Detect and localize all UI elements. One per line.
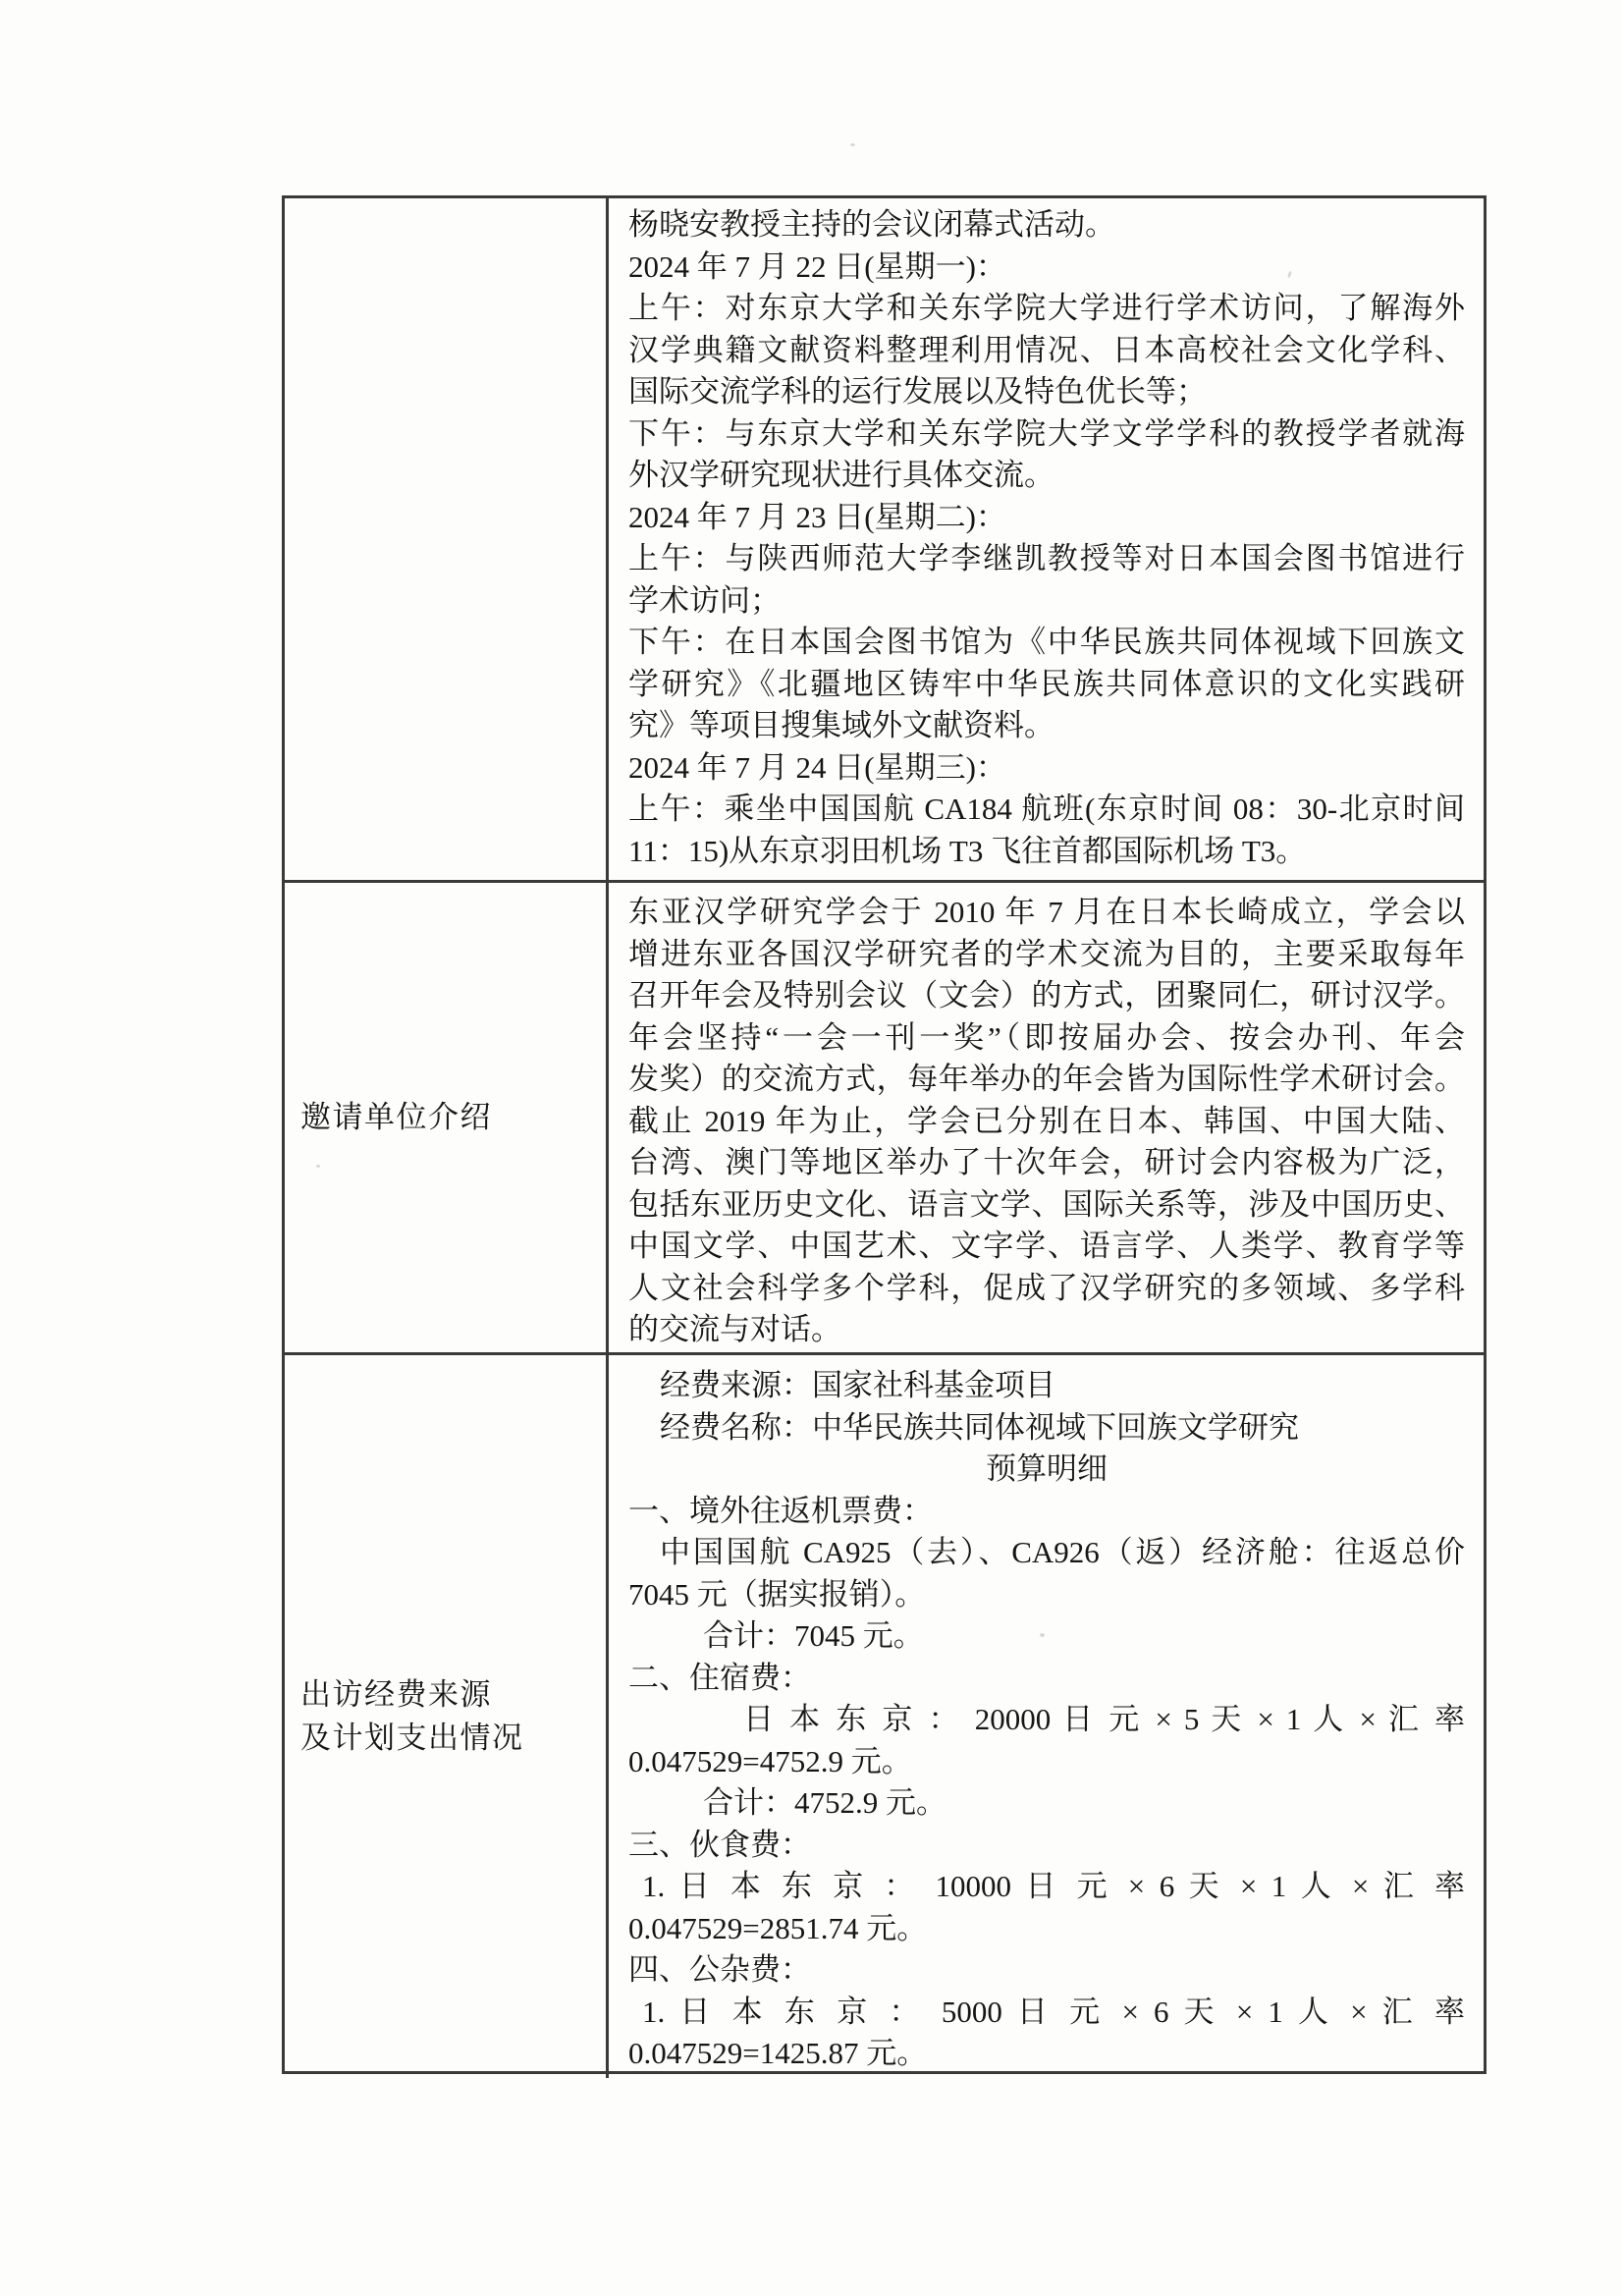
content-line: 中国文学、中国艺术、文字学、语言学、人类学、教育学等 xyxy=(628,1226,1465,1268)
content-line: 台湾、澳门等地区举办了十次年会，研讨会内容极为广泛， xyxy=(628,1142,1465,1184)
content-line: 0.047529=1425.87 元。 xyxy=(628,2033,1465,2075)
table-row: 杨晓安教授主持的会议闭幕式活动。2024 年 7 月 22 日(星期一)：上午：… xyxy=(285,198,1484,880)
content-line: 上午：与陕西师范大学李继凯教授等对日本国会图书馆进行 xyxy=(628,538,1465,580)
content-line: 7045 元（据实报销）。 xyxy=(628,1574,1465,1616)
row-content-cell: 经费来源：国家社科基金项目经费名称：中华民族共同体视域下回族文学研究预算明细一、… xyxy=(609,1355,1484,2078)
row-content-cell: 东亚汉学研究学会于 2010 年 7 月在日本长崎成立，学会以增进东亚各国汉学研… xyxy=(609,883,1484,1352)
content-line: 上午：乘坐中国国航 CA184 航班(东京时间 08：30-北京时间 xyxy=(628,789,1465,831)
doc-table: 杨晓安教授主持的会议闭幕式活动。2024 年 7 月 22 日(星期一)：上午：… xyxy=(282,195,1487,2074)
content-line: 二、住宿费： xyxy=(628,1658,1465,1700)
content-line: 经费来源：国家社科基金项目 xyxy=(628,1365,1465,1407)
content-line: 中国国航 CA925（去）、CA926（返）经济舱：往返总价 xyxy=(628,1532,1465,1574)
content-line: 0.047529=2851.74 元。 xyxy=(628,1908,1465,1950)
content-line: 增进东亚各国汉学研究者的学术交流为目的，主要采取每年 xyxy=(628,934,1465,976)
content-line: 经费名称：中华民族共同体视域下回族文学研究 xyxy=(628,1407,1465,1449)
content-line: 东亚汉学研究学会于 2010 年 7 月在日本长崎成立，学会以 xyxy=(628,892,1465,934)
content-line: 合计：4752.9 元。 xyxy=(628,1782,1465,1825)
content-line: 合计：7045 元。 xyxy=(628,1615,1465,1658)
row-label-text: 邀请单位介绍 xyxy=(300,1096,606,1139)
content-line: 三、伙食费： xyxy=(628,1825,1465,1867)
row-label-cell: 出访经费来源及计划支出情况 xyxy=(285,1355,609,2078)
content-line: 下午：与东京大学和关东学院大学文学学科的教授学者就海 xyxy=(628,413,1465,456)
content-line: 年会坚持“一会一刊一奖”（即按届办会、按会办刊、年会 xyxy=(628,1017,1465,1060)
content-line: 包括东亚历史文化、语言文学、国际关系等，涉及中国历史、 xyxy=(628,1184,1465,1227)
content-line: 人文社会科学多个学科，促成了汉学研究的多领域、多学科 xyxy=(628,1268,1465,1310)
content-line: 上午：对东京大学和关东学院大学进行学术访问，了解海外 xyxy=(628,288,1465,330)
content-line: 11：15)从东京羽田机场 T3 飞往首都国际机场 T3。 xyxy=(628,831,1465,873)
content-line: 外汉学研究现状进行具体交流。 xyxy=(628,455,1465,497)
row-label-cell: 邀请单位介绍 xyxy=(285,883,609,1352)
row-label-text: 出访经费来源 xyxy=(300,1673,606,1717)
content-line: 究》等项目搜集域外文献资料。 xyxy=(628,705,1465,747)
content-line: 日 本 东 京 ： 20000 日 元 × 5 天 × 1 人 × 汇 率 xyxy=(628,1699,1465,1741)
content-line: 一、境外往返机票费： xyxy=(628,1491,1465,1533)
content-line: 0.047529=4752.9 元。 xyxy=(628,1741,1465,1783)
table-row: 邀请单位介绍东亚汉学研究学会于 2010 年 7 月在日本长崎成立，学会以增进东… xyxy=(285,880,1484,1352)
content-line: 1. 日 本 东 京 ： 10000 日 元 × 6 天 × 1 人 × 汇 率 xyxy=(628,1866,1465,1908)
content-line: 四、公杂费： xyxy=(628,1949,1465,1992)
content-line: 学术访问； xyxy=(628,580,1465,623)
content-line: 2024 年 7 月 24 日(星期三)： xyxy=(628,747,1465,790)
content-line: 2024 年 7 月 22 日(星期一)： xyxy=(628,246,1465,289)
content-line: 2024 年 7 月 23 日(星期二)： xyxy=(628,497,1465,539)
scan-speck xyxy=(850,143,855,146)
content-line: 下午：在日本国会图书馆为《中华民族共同体视域下回族文 xyxy=(628,622,1465,664)
scanned-document-page: 杨晓安教授主持的会议闭幕式活动。2024 年 7 月 22 日(星期一)：上午：… xyxy=(0,0,1622,2296)
row-label-cell xyxy=(285,198,609,880)
content-line: 发奖）的交流方式，每年举办的年会皆为国际性学术研讨会。 xyxy=(628,1059,1465,1101)
content-line: 学研究》《北疆地区铸牢中华民族共同体意识的文化实践研 xyxy=(628,664,1465,706)
content-line: 国际交流学科的运行发展以及特色优长等； xyxy=(628,371,1465,413)
table-row: 出访经费来源及计划支出情况经费来源：国家社科基金项目经费名称：中华民族共同体视域… xyxy=(285,1352,1484,2078)
content-line: 汉学典籍文献资料整理利用情况、日本高校社会文化学科、 xyxy=(628,330,1465,372)
content-line: 预算明细 xyxy=(628,1449,1465,1491)
scan-speck xyxy=(316,1165,320,1168)
row-content-cell: 杨晓安教授主持的会议闭幕式活动。2024 年 7 月 22 日(星期一)：上午：… xyxy=(609,198,1484,880)
content-line: 1. 日 本 东 京 ： 5000 日 元 × 6 天 × 1 人 × 汇 率 xyxy=(628,1992,1465,2034)
scan-speck xyxy=(1040,1633,1045,1637)
content-line: 截止 2019 年为止，学会已分别在日本、韩国、中国大陆、 xyxy=(628,1101,1465,1143)
row-label-text: 及计划支出情况 xyxy=(300,1717,606,1760)
content-line: 杨晓安教授主持的会议闭幕式活动。 xyxy=(628,204,1465,246)
content-line: 的交流与对话。 xyxy=(628,1309,1465,1351)
content-line: 召开年会及特别会议（文会）的方式，团聚同仁，研讨汉学。 xyxy=(628,975,1465,1017)
